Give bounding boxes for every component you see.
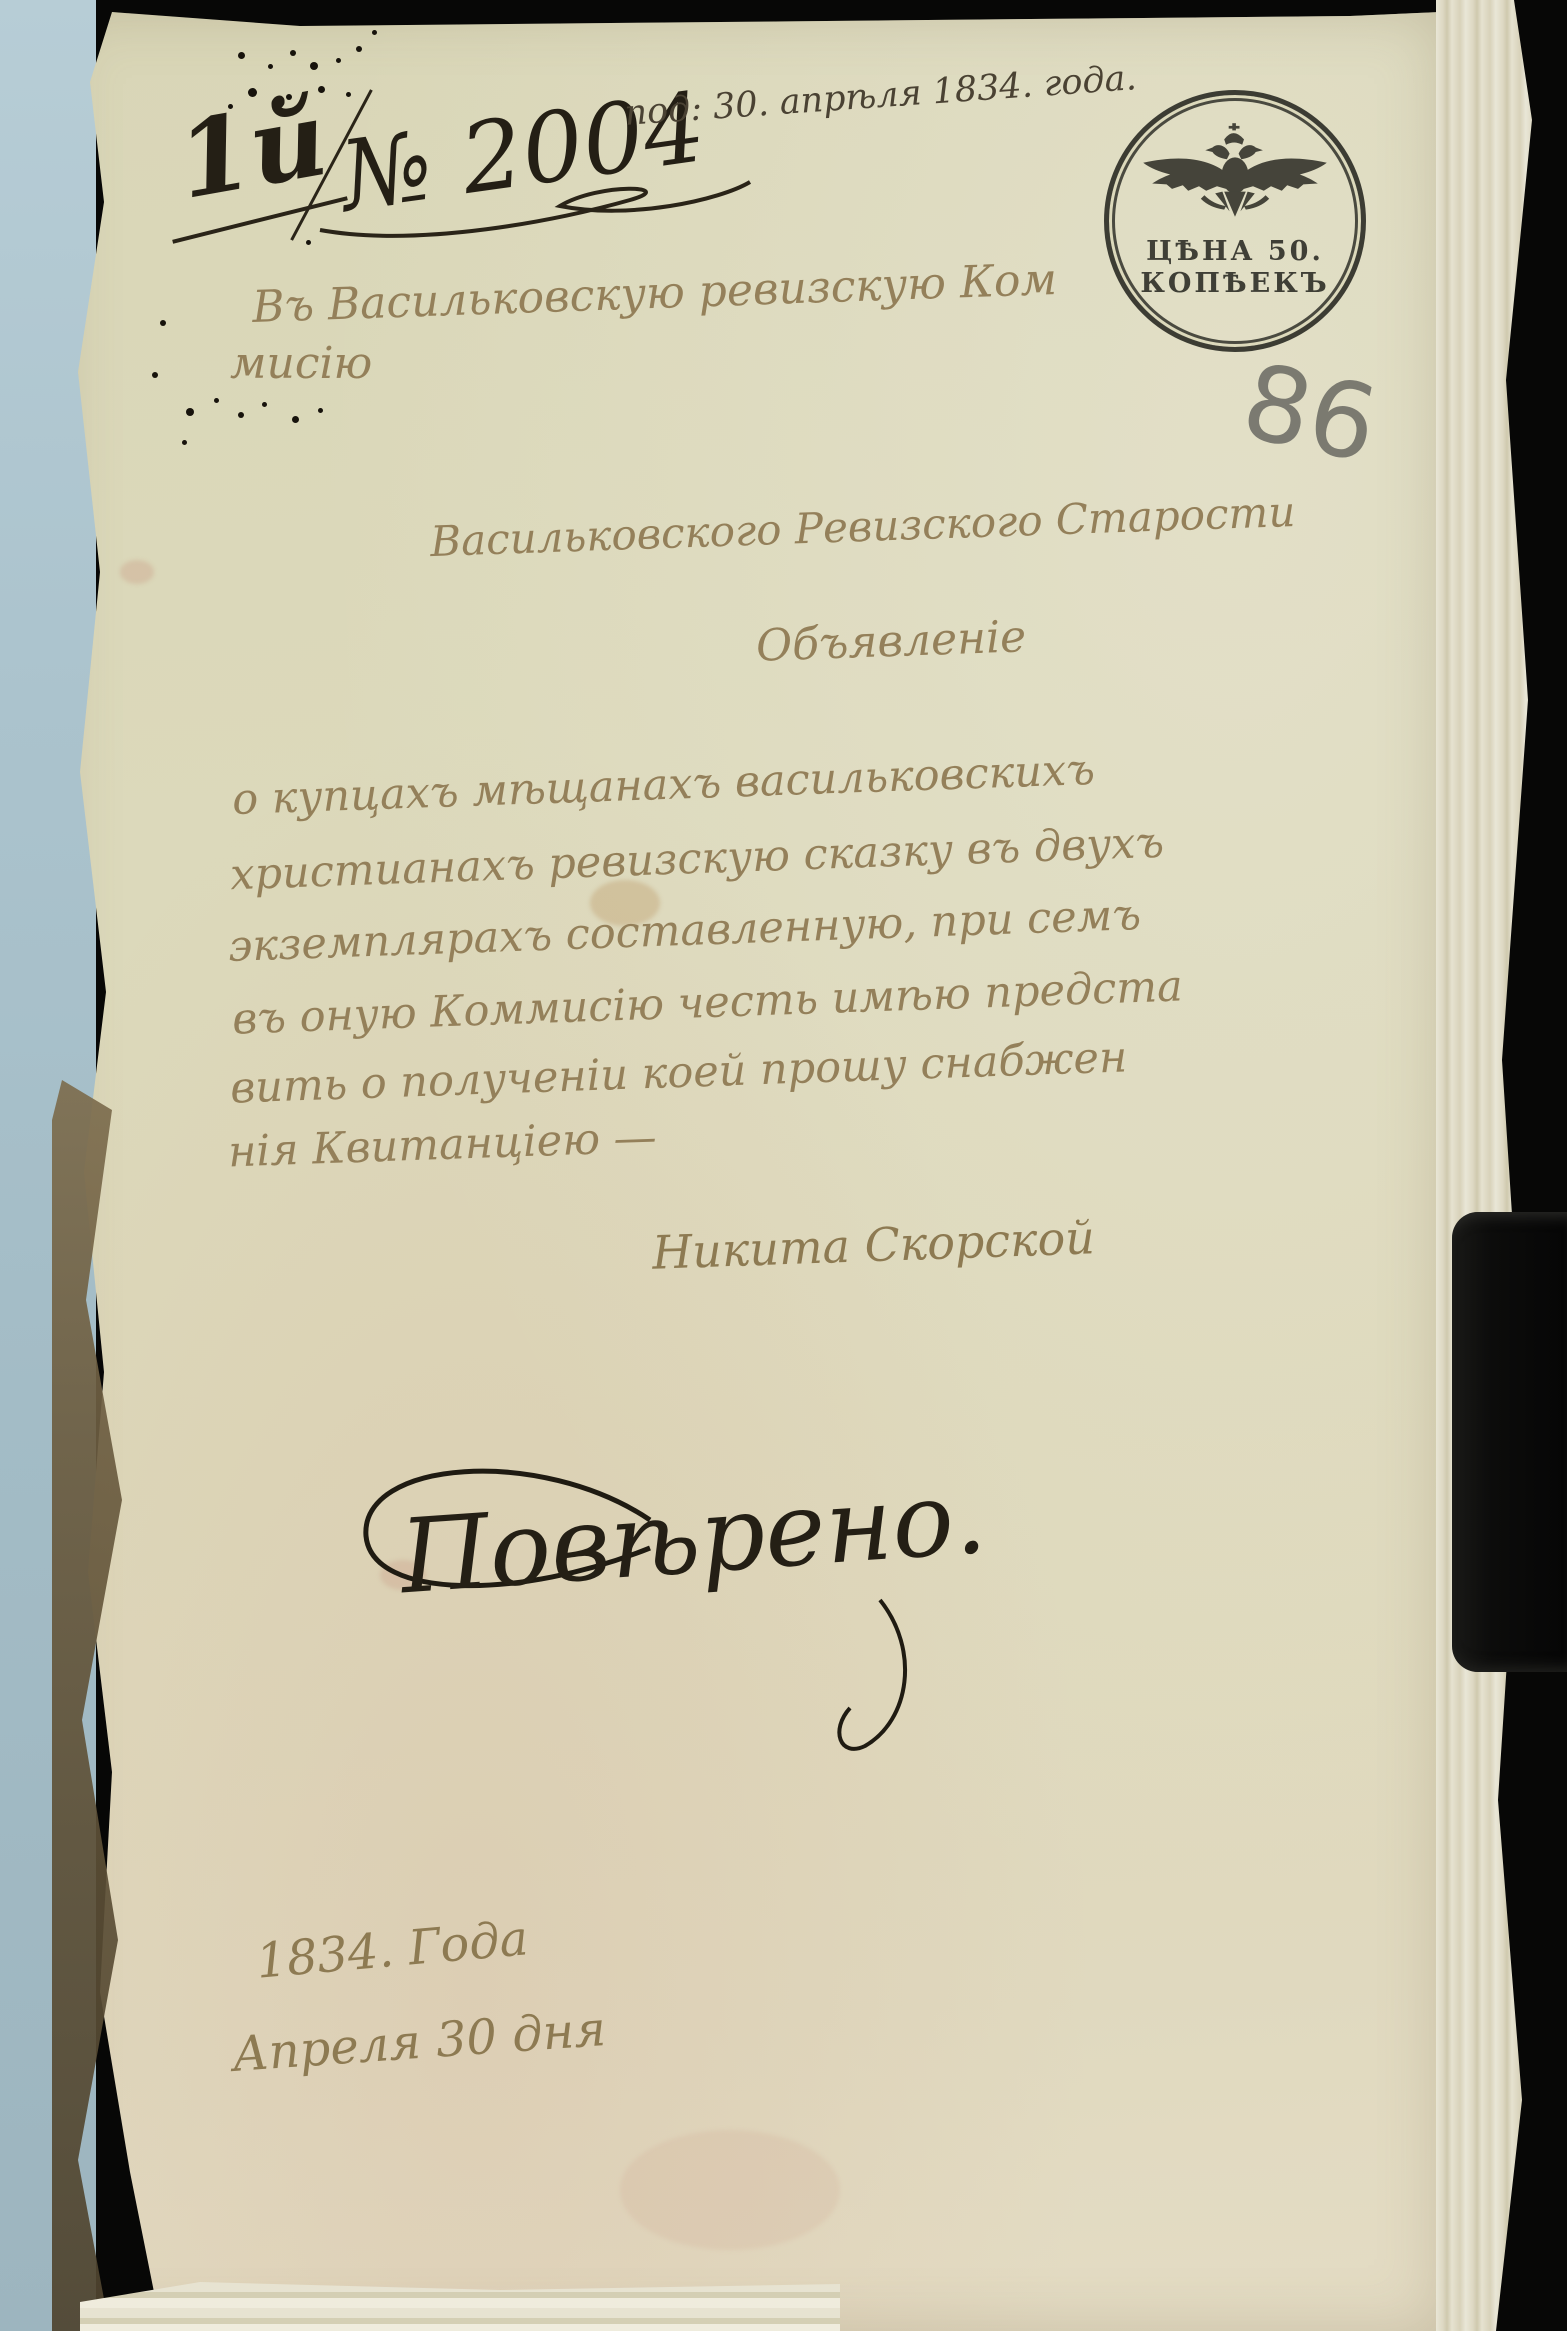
paper-stain — [620, 2130, 840, 2250]
revenue-stamp: ЦѢНА 50. КОПѢЕКЪ — [1104, 90, 1366, 352]
document-title: Объявленіе — [755, 611, 1027, 671]
binding-clip — [1452, 1212, 1567, 1672]
pen-flourish — [300, 160, 760, 250]
bottom-sheet-edges — [80, 2282, 840, 2331]
stamp-price-line1: ЦѢНА 50. — [1146, 237, 1324, 267]
page-stack-edges — [1436, 0, 1536, 2331]
stamp-price-line2: КОПѢЕКЪ — [1140, 269, 1329, 299]
double-headed-eagle-icon — [1136, 123, 1334, 235]
paper-stain — [120, 560, 154, 584]
document-scan: 1й № 2004 под: 30. апрѣля 1834. года. — [0, 0, 1567, 2331]
address-line-2: мисію — [230, 338, 372, 389]
